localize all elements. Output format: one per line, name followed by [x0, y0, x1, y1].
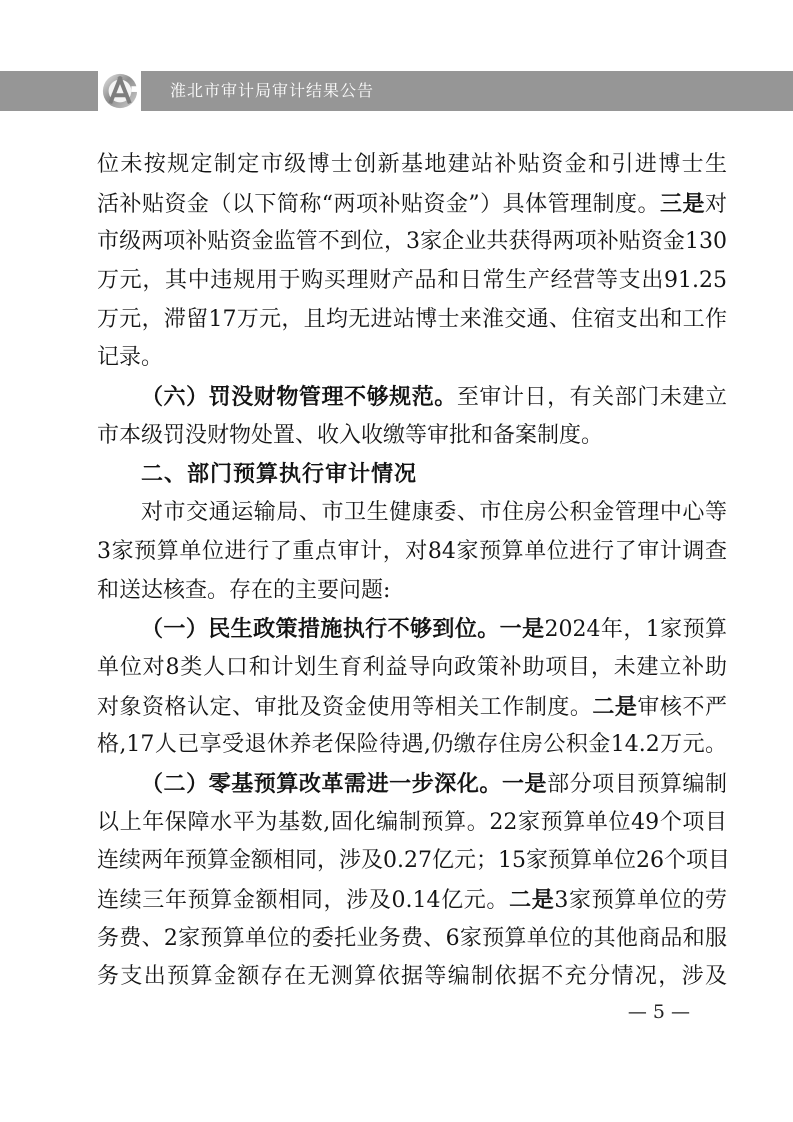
text-run: 以上年保障水平为基数,固化编制预算。22家预算单位49个项目: [97, 810, 727, 835]
text-line: 连续三年预算金额相同，涉及0.14亿元。二是3家预算单位的劳: [97, 881, 727, 920]
text-line: 市本级罚没财物处置、收入收缴等审批和备案制度。: [97, 417, 727, 456]
bold-text-run: 三是: [660, 191, 705, 217]
text-run: 活补贴资金（以下简称“两项补贴资金”）具体管理制度。: [97, 192, 660, 217]
text-run: 万元，其中违规用于购买理财产品和日常生产经营等支出91.25: [97, 268, 727, 293]
text-run: 对象资格认定、审批及资金使用等相关工作制度。: [97, 695, 592, 720]
section-heading: 二、部门预算执行审计情况: [97, 456, 727, 495]
document-page: 淮北市审计局审计结果公告 位未按规定制定市级博士创新基地建站补贴资金和引进博士生…: [0, 0, 793, 1122]
header-title: 淮北市审计局审计结果公告: [170, 71, 374, 111]
text-line: 和送达核查。存在的主要问题:: [97, 572, 727, 611]
text-run: 记录。: [97, 345, 163, 370]
text-run: 2024年，1家预算: [545, 617, 727, 642]
text-line: 活补贴资金（以下简称“两项补贴资金”）具体管理制度。三是对: [97, 185, 727, 224]
text-run: 市本级罚没财物处置、收入收缴等审批和备案制度。: [97, 423, 603, 448]
audit-logo: [98, 60, 141, 122]
text-run: 格,17人已享受退休养老保险待遇,仍缴存住房公积金14.2万元。: [97, 732, 727, 757]
text-run: 万元，滞留17万元，且均无进站博士来淮交通、住宿支出和工作: [97, 307, 727, 332]
text-line: （一）民生政策措施执行不够到位。一是2024年，1家预算: [97, 610, 727, 649]
text-run: 至审计日，有关部门未建立: [457, 385, 727, 410]
text-line: （六）罚没财物管理不够规范。至审计日，有关部门未建立: [97, 378, 727, 417]
text-line: 务支出预算金额存在无测算依据等编制依据不充分情况，涉及: [97, 958, 727, 997]
text-run: 审核不严: [637, 695, 727, 720]
text-run: 对: [705, 192, 727, 217]
text-line: 对市交通运输局、市卫生健康委、市住房公积金管理中心等: [97, 494, 727, 533]
text-line: 3家预算单位进行了重点审计，对84家预算单位进行了审计调查: [97, 533, 727, 572]
text-run: 3家预算单位的劳: [554, 888, 727, 913]
text-line: 市级两项补贴资金监管不到位，3家企业共获得两项补贴资金130: [97, 223, 727, 262]
page-number: — 5 —: [0, 999, 690, 1025]
page-header: 淮北市审计局审计结果公告: [0, 71, 793, 111]
bold-text-run: （六）罚没财物管理不够规范。: [141, 384, 457, 410]
bold-text-run: 二是: [592, 694, 637, 720]
text-run: 单位对8类人口和计划生育利益导向政策补助项目，未建立补助: [97, 655, 727, 680]
text-line: 万元，其中违规用于购买理财产品和日常生产经营等支出91.25: [97, 262, 727, 301]
text-run: 位未按规定制定市级博士创新基地建站补贴资金和引进博士生: [97, 152, 727, 177]
text-run: 务费、2家预算单位的委托业务费、6家预算单位的其他商品和服: [97, 926, 727, 951]
text-run: 对市交通运输局、市卫生健康委、市住房公积金管理中心等: [141, 500, 727, 525]
bold-text-run: （一）民生政策措施执行不够到位。一是: [141, 616, 545, 642]
text-run: 部分项目预算编制: [547, 772, 727, 797]
text-line: 单位对8类人口和计划生育利益导向政策补助项目，未建立补助: [97, 649, 727, 688]
text-line: 以上年保障水平为基数,固化编制预算。22家预算单位49个项目: [97, 804, 727, 843]
text-line: 记录。: [97, 339, 727, 378]
audit-emblem-icon: [101, 72, 139, 110]
text-line: 位未按规定制定市级博士创新基地建站补贴资金和引进博士生: [97, 146, 727, 185]
text-run: 连续两年预算金额相同，涉及0.27亿元；15家预算单位26个项目: [97, 848, 727, 873]
text-line: 对象资格认定、审批及资金使用等相关工作制度。二是审核不严: [97, 688, 727, 727]
text-run: 务支出预算金额存在无测算依据等编制依据不充分情况，涉及: [97, 964, 727, 989]
text-line: 万元，滞留17万元，且均无进站博士来淮交通、住宿支出和工作: [97, 301, 727, 340]
text-line: （二）零基预算改革需进一步深化。一是部分项目预算编制: [97, 765, 727, 804]
text-run: 连续三年预算金额相同，涉及0.14亿元。: [97, 888, 509, 913]
text-run: 市级两项补贴资金监管不到位，3家企业共获得两项补贴资金130: [97, 229, 727, 254]
text-line: 连续两年预算金额相同，涉及0.27亿元；15家预算单位26个项目: [97, 842, 727, 881]
bold-text-run: 二、部门预算执行审计情况: [141, 462, 417, 487]
bold-text-run: 二是: [509, 887, 554, 913]
bold-text-run: （二）零基预算改革需进一步深化。一是: [141, 771, 547, 797]
text-line: 格,17人已享受退休养老保险待遇,仍缴存住房公积金14.2万元。: [97, 726, 727, 765]
text-run: 和送达核查。存在的主要问题:: [97, 578, 390, 603]
document-body: 位未按规定制定市级博士创新基地建站补贴资金和引进博士生活补贴资金（以下简称“两项…: [97, 146, 727, 997]
text-line: 务费、2家预算单位的委托业务费、6家预算单位的其他商品和服: [97, 920, 727, 959]
text-run: 3家预算单位进行了重点审计，对84家预算单位进行了审计调查: [97, 539, 727, 564]
